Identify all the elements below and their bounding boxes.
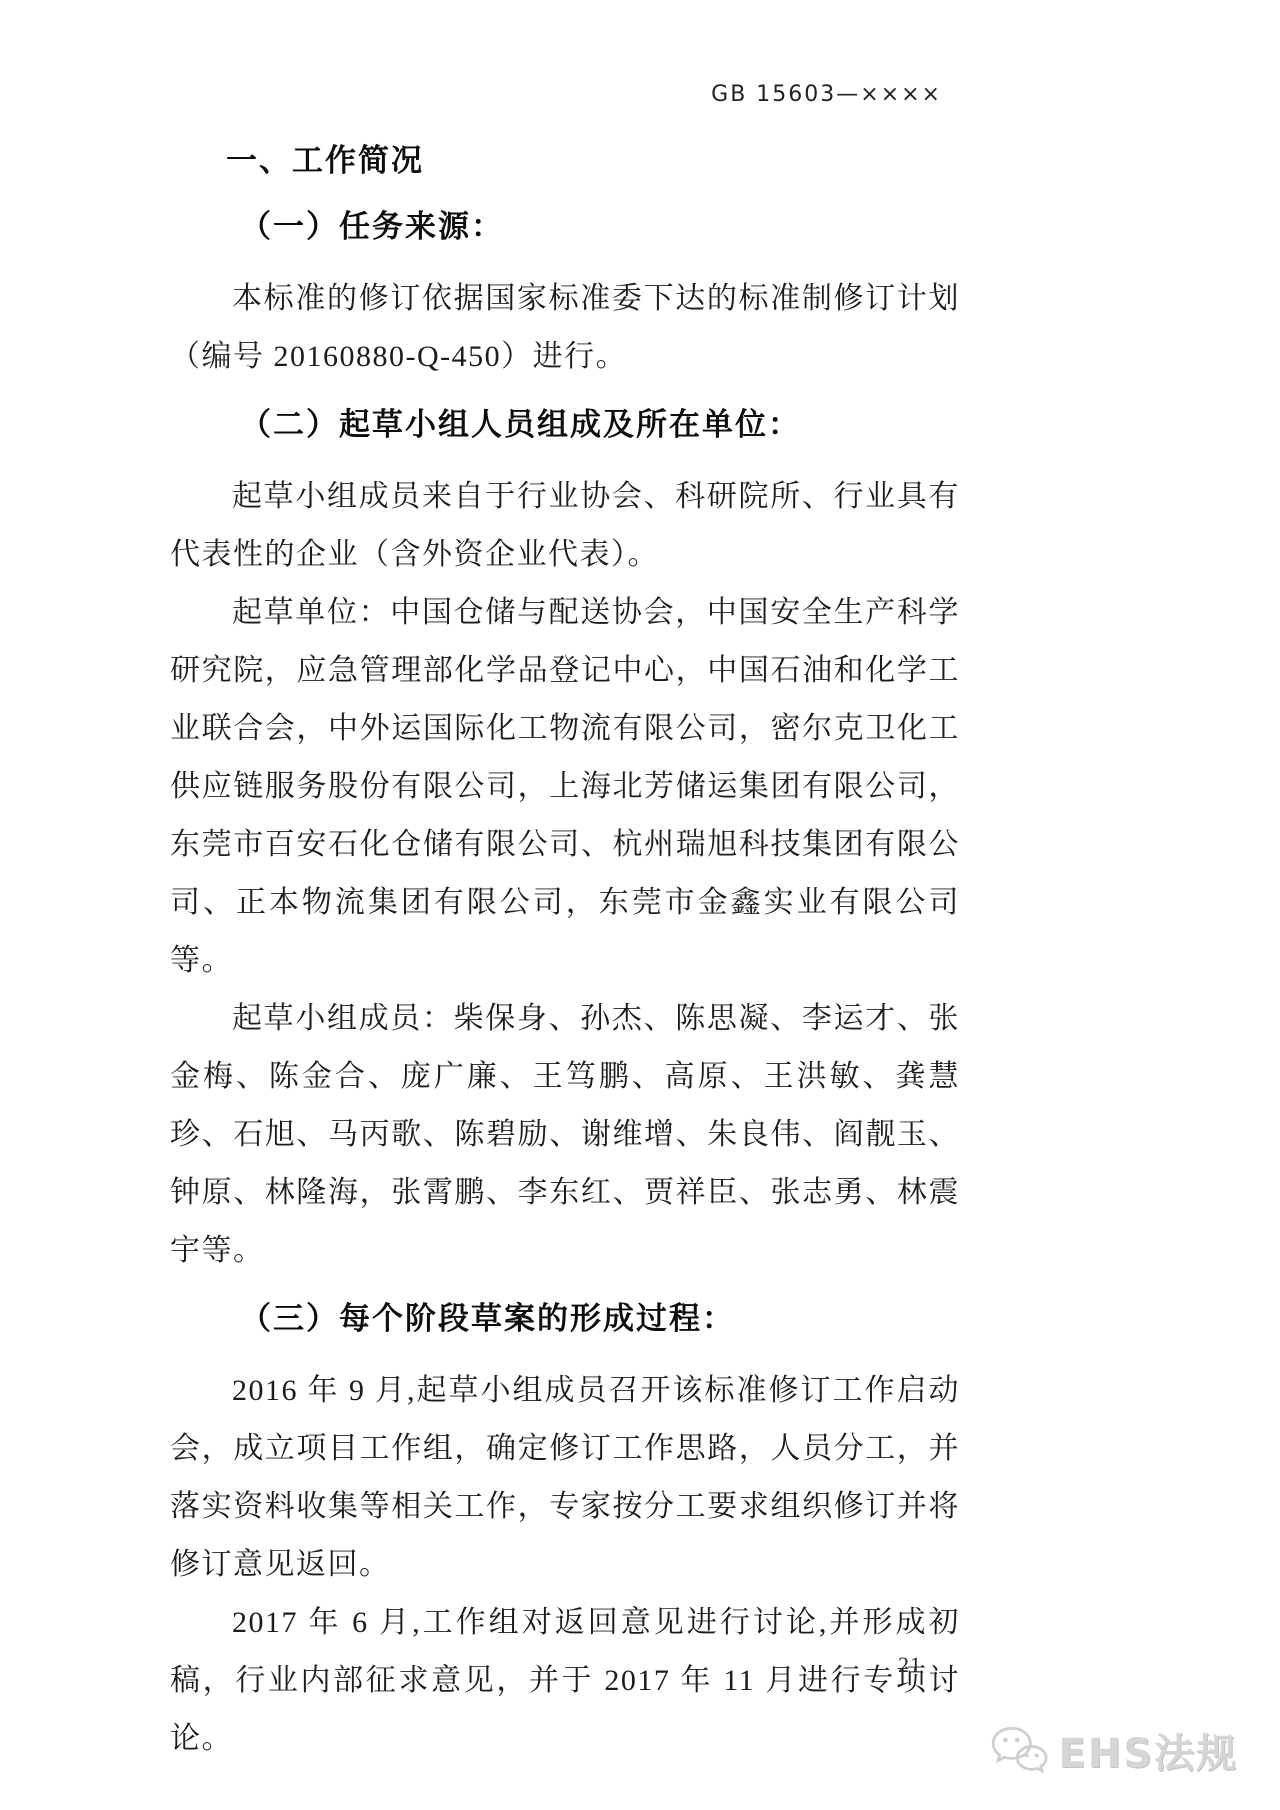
section-title: 一、工作简况 [170,140,960,182]
document-content: 一、工作简况 （一）任务来源： 本标准的修订依据国家标准委下达的标准制修订计划（… [170,140,960,1768]
paragraph-2017-discussion: 2017 年 6 月,工作组对返回意见进行讨论,并形成初稿，行业内部征求意见，并… [170,1594,960,1768]
standard-number: GB 15603—×××× [170,82,942,107]
paragraph-group-members-source: 起草小组成员来自于行业协会、科研院所、行业具有代表性的企业（含外资企业代表）。 [170,468,960,584]
watermark: EHS法规 [990,1722,1238,1779]
subsection-heading-draft-process: （三）每个阶段草案的形成过程： [170,1298,960,1340]
document-page: GB 15603—×××× 一、工作简况 （一）任务来源： 本标准的修订依据国家… [0,0,1280,1810]
wechat-icon [990,1725,1048,1777]
subsection-heading-drafting-group: （二）起草小组人员组成及所在单位： [170,404,960,446]
paragraph-member-names: 起草小组成员：柴保身、孙杰、陈思凝、李运才、张金梅、陈金合、庞广廉、王笃鹏、高原… [170,990,960,1280]
page-number: 21 [898,1652,922,1678]
paragraph-drafting-units: 起草单位：中国仓储与配送协会，中国安全生产科学研究院，应急管理部化学品登记中心，… [170,584,960,990]
paragraph-task-source: 本标准的修订依据国家标准委下达的标准制修订计划（编号 20160880-Q-45… [170,270,960,386]
subsection-heading-task-source: （一）任务来源： [170,206,960,248]
paragraph-2016-kickoff: 2016 年 9 月,起草小组成员召开该标准修订工作启动会，成立项目工作组，确定… [170,1362,960,1594]
watermark-label: EHS法规 [1058,1722,1238,1779]
